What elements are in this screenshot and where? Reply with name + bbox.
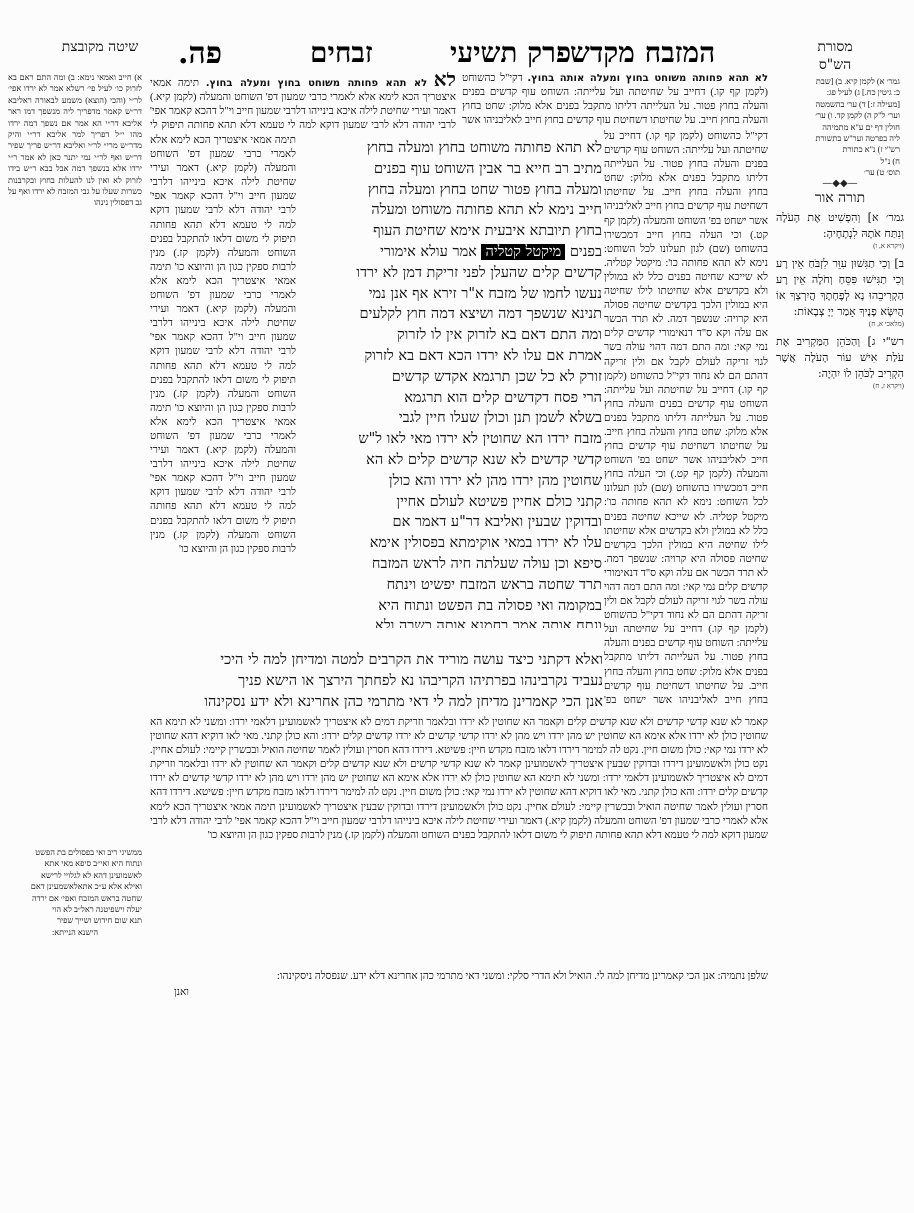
page-catchword: ואנן [150,986,189,1000]
torah-verse: רש"י ג] וְהַכֹּהֵן הַמַּקְרִיב אֶת עֹלַת… [776,334,904,382]
gemara-line: קדשים קלים שהעלן לפני זריקת דמן לא ירדו [300,263,602,284]
rashi-text: דקי"ל כהשוחט (לקמן קף קו.) דחייב על שחיט… [604,610,768,708]
masoret-line: חולין דף ים ע"א מתמיהה [778,122,900,133]
gemara-line: לא תהא פחותה משוחט בחוץ ומעלה בחוץ [300,138,602,159]
verse-reference: (ויקרא א, ו) [776,242,904,250]
gemara-line: בשלא לשמן תנן וכולן שעלו חיין לגבי [300,408,602,429]
talmud-page: שיטה מקובצת פה. זבחים פרק תשיעי המזבח מק… [0,0,914,1213]
masoret-line: וער׳ ל"ק ה) לקמן קד. ו) ער׳ [778,110,900,121]
gemara-line: סיפא וכן עולה שעלתה חיה לראש המזבח [300,554,602,575]
tosafot-catchword-line: ואנן [150,986,768,1002]
gemara-line: ומעלה בחוץ פטור שחט בחוץ ומעלה בחוץ [300,180,602,201]
rashi-text: דקי"ל כהשוחט (לקמן קף קו.) דחייב על שחיט… [604,131,768,382]
gemara-word: בפנים [570,244,602,260]
rashi-dibur-hamatchil: לא תהא פחותה משוחט בחוץ ומעלה אותה בחוץ. [527,73,768,84]
gemara-line: בפנים מיקטל קטליה אמר עולא אימורי [300,242,602,263]
shita-line: ונתוח היא ואי״ב סיפא מאי אתא [8,858,142,869]
masoret-line: [מעילה ז:] ד) ער׳ בהשמטה [778,99,900,110]
gemara-line: ונתח אותה אמר רחמנא אותה כשרה ולא [300,616,602,628]
gemara-line: בחוץ תיובתא איבעית אימא שחיטת העוף [300,221,602,242]
gemara-line: ואלא דקתני כיצד עושה מוריד את הקרבים למט… [155,650,603,671]
masoret-line: רש"י ז) נ"א כתורת [778,144,900,155]
torah-verse: גמר׳ א] וְהִפְשִׁיט אֶת הָעֹלָה וְנִתַּח… [776,210,904,242]
shita-mekubetzet-end: ממשיגי ריב ואי בפסולים בת הפשט ונתוח היא… [8,847,142,947]
tosafot-text: שלפן נתמיה: אנן הכי קאמרינן מדיחן למה לי… [277,971,768,982]
highlighted-phrase[interactable]: מיקטל קטליה [481,244,565,260]
masoret-hashas-column: גמר׳ א) לקמן קיא. ב) [שבת כ: גיטין כח.] … [778,76,900,176]
gemara-line: קתני כולם אחיין פשיטא לעולם אחיין [300,492,602,513]
torah-verse: ב] וְכִי תַגִּשׁוּן עִוֵּר לִזְבֹּחַ אֵי… [776,256,904,320]
gemara-line: זורק לא כל שכן תרגמא אקדש קדשים [300,367,602,388]
shita-line: ממשיגי ריב ואי בפסולים בת הפשט [8,847,142,858]
rashi-column: דקי"ל כהשוחט (לקמן קף קו.) דחייב על שחיט… [604,130,768,708]
tosafot-text: תימה אמאי איצטריך הכא לימא אלא לאמרי כרב… [150,403,296,555]
shita-line: ואילא אלא ע״כ אתאלאשמעינן דאם [8,881,142,892]
gemara-word: אמר עולא אימורי [380,244,477,260]
gemara-line: תנינא שנשפך דמה ושיצא דמה חוץ לקלעים [300,304,602,325]
gemara-column-cont [300,628,602,648]
gemara-line: נעשו לחמו של מזבח א"ר זירא אף אנן נמי [300,284,602,305]
gemara-line: נעביד נקרבינהו בפרתיהו הקריבהו נא לפחתך … [155,671,603,692]
masoret-line: גמר׳ א) לקמן קיא. ב) [שבת [778,76,900,87]
torah-or-title: תורה אור [800,190,880,207]
ornament-divider-icon: —◆◆— [810,178,870,189]
tosafot-text: תימה אמאי איצטריך הכא לימא אלא לאמרי כרב… [150,135,296,273]
gemara-line: חייב נימא לא תהא פחותה משוחט ומעלה [300,200,602,221]
gemara-column: לא תהא פחותה משוחט בחוץ ומעלה בחוץ מתיב … [300,138,602,628]
shita-mekubetzet-column: א) חייב ואמאי נימא: ב) ומה התם ראם בא לז… [8,72,142,847]
masoret-line: תוס׳ ט) ער׳ [778,167,900,176]
verse-reference: (ויקרא ז, ח) [776,382,904,390]
masoret-line: ח) נ"ל [778,156,900,167]
shita-line: לאשמועינן דהא לא לגלויי לרישא [8,870,142,881]
gemara-line: מתיב רב חייא בר אבין השוחט עוף בפנים [300,159,602,180]
tosafot-dibur-hamatchil: לא תהא פחותה משוחט בחוץ ומעלה בחוץ. [206,78,428,89]
tosafot-column: תימה אמאי איצטריך הכא לימא אלא לאמרי כרב… [150,134,296,708]
gemara-line: תרד שחטה בראש המזבח יפשיט וינתח [300,575,602,596]
gemara-line: מזבח ירדו הא שחוטין לא ירדו מאי לאו ל"ש [300,429,602,450]
masoret-line: ליה בפרטה וער"ש בתשורת [778,133,900,144]
torah-or-column: גמר׳ א] וְהִפְשִׁיט אֶת הָעֹלָה וְנִתַּח… [776,210,904,450]
masoret-line: כ: גיטין כח.] ג) לעיל פג: [778,87,900,98]
gemara-line: הרי פסח דקדשים קלים הוא תרגמא [300,388,602,409]
rashi-text: דקי"ל כהשוחט (לקמן קף קו.) דחייב על שחיט… [604,371,768,622]
gemara-line: עלו לא ירדו במאי אוקימתא בפסולין אימא [300,533,602,554]
masoret-hashas-title: מסורת הש"ס [800,38,870,74]
shita-line: תנא שום חידוש ושייך שפיר [8,915,142,926]
gemara-catchword: ואנן [155,712,603,714]
gemara-line: ומה התם דאם בא לזרוק אין לו לזרוק [300,325,602,346]
tosafot-top: לא לא תהא פחותה משוחט בחוץ ומעלה בחוץ. ת… [150,72,456,132]
shita-line: הישנא הנייתא: [8,927,142,938]
rashi-top: לא תהא פחותה משוחט בחוץ ומעלה אותה בחוץ.… [462,72,768,128]
shita-line: שחטה בראש המזבח ואפי׳ אם ירדה [8,893,142,904]
gemara-line: קדשי קדשים לא שנא קדשים קלים לא הא [300,450,602,471]
gemara-wide-lines: ואלא דקתני כיצד עושה מוריד את הקרבים למט… [155,650,603,714]
gemara-line: אמרת אם עלו לא ירדו הכא דאם בא לזרוק [300,346,602,367]
gemara-line: במקומה ואי פסולה בת הפשט ונתוח היא [300,596,602,617]
tosafot-bottom: קאמר לא שנא קדשי קדשים ולא שנא קדשים קלי… [150,716,768,970]
shita-line: יעלה וישפיטנה ראל״ב לא הוי [8,904,142,915]
shita-mekubetzet-title: שיטה מקובצת [60,38,140,56]
tosafot-opening-word: לא [434,72,456,91]
shita-text: א) חייב ואמאי נימא: ב) ומה התם ראם בא לז… [8,73,142,207]
gemara-line: אנן הכי קאמרינן מדיחן למה לי דאי מתרמי כ… [155,692,603,713]
verse-reference: (מלאכי א, ח) [776,320,904,328]
gemara-line: שחוטין מהן ירדו מהן לא ירדו והא כולן [300,471,602,492]
gemara-line: ובדוקין שבעין ואליבא דר"ע דאמר אם [300,512,602,533]
tosafot-end-line: שלפן נתמיה: אנן הכי קאמרינן מדיחן למה לי… [150,970,768,986]
tosafot-text: תימה אמאי איצטריך הכא לימא אלא לאמרי כרב… [150,262,296,414]
